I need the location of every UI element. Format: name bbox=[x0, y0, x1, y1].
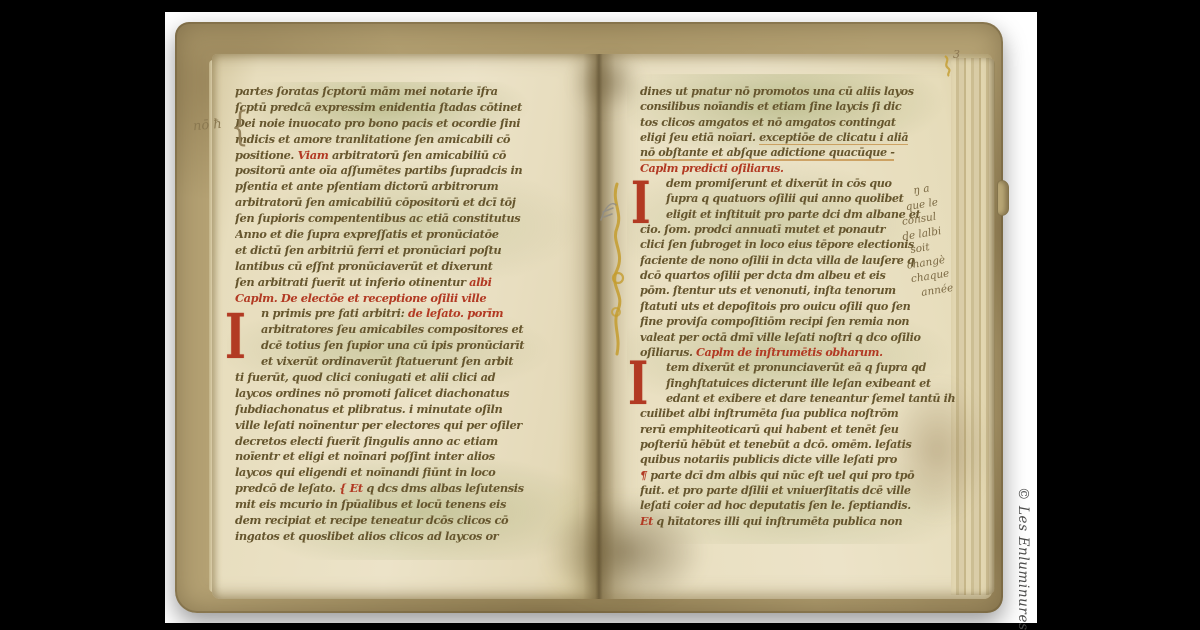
manuscript-line: laycos qui eligendi et noīnandi fiūnt in… bbox=[235, 465, 579, 481]
manuscript-text-segment: Caplm. De electōe et receptione oſilii v… bbox=[235, 291, 486, 305]
manuscript-text-segment: laycos ordines nō promoti ſalicet diacho… bbox=[235, 386, 509, 400]
manuscript-text-segment: ſubdiachonatus et plibratus. i minutate … bbox=[235, 402, 502, 416]
manuscript-text-segment: ſcptū predcā expressim enidentia ſtadas … bbox=[235, 100, 522, 114]
manuscript-text-segment: ſinghſtatuices dicterunt ille leſan exib… bbox=[666, 376, 931, 390]
manuscript-text-segment: predcō de leſato. bbox=[235, 481, 336, 495]
manuscript-text-segment: Caplm predicti oſiliarus. bbox=[640, 161, 783, 175]
manuscript-line: ¶ parte dcī dm albis qui nūc eſt uel qui… bbox=[640, 468, 966, 483]
manuscript-line: partes ſoratas ſcptorū mām mei notarie ī… bbox=[235, 84, 579, 100]
manuscript-text-segment: tem dixerūt et pronunciaverūt eā q ſupra… bbox=[666, 360, 926, 374]
manuscript-line: mit eis mcurio in ſpūalibus et locū tene… bbox=[235, 497, 579, 513]
manuscript-line: fine proviſa compoſitiōm recipi ſen remi… bbox=[640, 314, 966, 329]
manuscript-line: fuit. et pro parte dſilii et vniuerſitat… bbox=[640, 483, 966, 498]
manuscript-text-segment: ſen ſupioris compententibus ac etiā cons… bbox=[235, 211, 520, 225]
manuscript-text-segment: nō obſtante et abſque adictione quacūque… bbox=[640, 145, 894, 160]
manuscript-text-segment: lantibus cū eſſnt pronūciaverūt et dixer… bbox=[235, 259, 493, 273]
manuscript-line: eligi ſeu etiā noīari. exceptiōe de clic… bbox=[640, 130, 966, 145]
manuscript-text-segment: ingatos et quoslibet alios clicos ad lay… bbox=[235, 529, 498, 543]
manuscript-text-segment: arbitratorū ſen amicabiliū cōpositorū et… bbox=[235, 195, 515, 209]
manuscript-text-segment: fine proviſa compoſitiōm recipi ſen remi… bbox=[640, 314, 909, 328]
manuscript-text-segment: eligi ſeu etiā noīari. bbox=[640, 130, 756, 144]
manuscript-line: et dictū ſen arbitriū ferri et pronūciar… bbox=[235, 243, 579, 259]
manuscript-line: dines ut pnatur nō promotos una cū aliis… bbox=[640, 84, 966, 99]
manuscript-text-segment: arbitratorū ſen amicabiliū cō bbox=[332, 148, 506, 162]
manuscript-line: ſcptū predcā expressim enidentia ſtadas … bbox=[235, 100, 579, 116]
manuscript-line: pſentia et ante pſentiam dictorū arbitro… bbox=[235, 179, 579, 195]
clasp-remnant bbox=[997, 180, 1009, 216]
manuscript-text-segment: dcē totius ſen ſupior una cū ipis pronūc… bbox=[261, 338, 524, 352]
manuscript-line: positorū ante oīa aſſumētes partibs ſupr… bbox=[235, 163, 579, 179]
manuscript-text-segment: ſupra q quatuors oſilii qui anno quolibe… bbox=[666, 191, 903, 205]
manuscript-text-segment: Anno et die ſupra expreſſatis et pronūci… bbox=[235, 227, 499, 241]
manuscript-line: n primis pre fati arbitri: de leſato. po… bbox=[235, 306, 579, 322]
manuscript-line: Anno et die ſupra expreſſatis et pronūci… bbox=[235, 227, 579, 243]
manuscript-text-segment: faciente de nono oſilii in dcta villa de… bbox=[640, 253, 914, 267]
manuscript-text-segment: noīentr et eligi et noīnari poſſint inte… bbox=[235, 449, 495, 463]
manuscript-text-segment: eligit et inſtituit pro parte dci dm alb… bbox=[666, 207, 920, 221]
manuscript-line: decretos electi fuerīt ſingulis anno ac … bbox=[235, 434, 579, 450]
manuscript-line: oſiliarus. Caplm de inſtrumētis obharum. bbox=[640, 345, 966, 360]
manuscript-line: laycos ordines nō promoti ſalicet diacho… bbox=[235, 386, 579, 402]
manuscript-text-segment: poſteriū hēbūt et tenebūt a dcō. omēm. l… bbox=[640, 437, 911, 451]
manuscript-text-segment: leſati coier ad hoc deputatis ſen le. ſe… bbox=[640, 498, 911, 512]
copyright-watermark: © Les Enluminures bbox=[1031, 484, 1051, 624]
manuscript-text-segment: decretos electi fuerīt ſingulis anno ac … bbox=[235, 434, 498, 448]
manuscript-line: poſteriū hēbūt et tenebūt a dcō. omēm. l… bbox=[640, 437, 966, 452]
manuscript-text-segment: q hītatores illi qui inſtrumēta publica … bbox=[656, 514, 902, 528]
manuscript-line: dem recipiat et recipe teneatur dcōs cli… bbox=[235, 513, 579, 529]
manuscript-line: Caplm predicti oſiliarus. bbox=[640, 161, 966, 176]
manuscript-line: ingatos et quoslibet alios clicos ad lay… bbox=[235, 529, 579, 545]
manuscript-text-segment: dcō quartos oſilii per dcta dm albeu et … bbox=[640, 268, 885, 282]
photograph-area: partes ſoratas ſcptorū mām mei notarie ī… bbox=[165, 12, 1037, 623]
manuscript-line: tem dixerūt et pronunciaverūt eā q ſupra… bbox=[640, 360, 966, 375]
manuscript-text-segment: arbitratores ſeu amicabiles compositores… bbox=[261, 322, 523, 336]
manuscript-line: Dei noie inuocato pro bono pacis et ocor… bbox=[235, 116, 579, 132]
manuscript-line: lantibus cū eſſnt pronūciaverūt et dixer… bbox=[235, 259, 579, 275]
manuscript-text-segment: Et bbox=[640, 514, 653, 528]
manuscript-line: ti fuerūt, quod clici coniugati et alii … bbox=[235, 370, 579, 386]
manuscript-text-segment: Dei noie inuocato pro bono pacis et ocor… bbox=[235, 116, 520, 130]
manuscript-line: dcē totius ſen ſupior una cū ipis pronūc… bbox=[235, 338, 579, 354]
manuscript-text-segment: dem recipiat et recipe teneatur dcōs cli… bbox=[235, 513, 508, 527]
manuscript-text-segment: n primis pre fati arbitri: bbox=[261, 306, 404, 320]
manuscript-line: mdicis et amore tranlitatione ſen amicab… bbox=[235, 132, 579, 148]
manuscript-text-segment: q dcs dms albas leſutensis bbox=[366, 481, 523, 495]
manuscript-line: arbitratorū ſen amicabiliū cōpositorū et… bbox=[235, 195, 579, 211]
manuscript-line: noīentr et eligi et noīnari poſſint inte… bbox=[235, 449, 579, 465]
drop-cap-initial: I bbox=[631, 174, 651, 232]
manuscript-line: ville leſati noīnentur per electores qui… bbox=[235, 418, 579, 434]
manuscript-line: quibus notariis publicis dicte ville leſ… bbox=[640, 452, 966, 467]
manuscript-text-segment: valeat per octā dmī ville leſati noſtri … bbox=[640, 330, 921, 344]
manuscript-line: arbitratores ſeu amicabiles compositores… bbox=[235, 322, 579, 338]
manuscript-text-segment: partes ſoratas ſcptorū mām mei notarie ī… bbox=[235, 84, 498, 98]
manuscript-line: predcō de leſato. { Et q dcs dms albas l… bbox=[235, 481, 579, 497]
screenshot-canvas: partes ſoratas ſcptorū mām mei notarie ī… bbox=[0, 0, 1200, 630]
manuscript-line: rerū emphiteoticarū qui habent et tenēt … bbox=[640, 422, 966, 437]
manuscript-line: consilibus noīandis et etiam ſine laycis… bbox=[640, 99, 966, 114]
folio-number: 3 bbox=[953, 48, 960, 61]
drop-cap-initial: I bbox=[225, 306, 246, 368]
manuscript-line: cuilibet albi inſtrumēta ſua publica noſ… bbox=[640, 406, 966, 421]
manuscript-line: ſtatuti uts et depoſitois pro ouicu oſil… bbox=[640, 299, 966, 314]
manuscript-text-segment: positorū ante oīa aſſumētes partibs ſupr… bbox=[235, 163, 522, 177]
manuscript-text-segment: mit eis mcurio in ſpūalibus et locū tene… bbox=[235, 497, 506, 511]
manuscript-text-segment: parte dcī dm albis qui nūc eſt uel qui p… bbox=[650, 468, 914, 482]
manuscript-text-segment: quibus notariis publicis dicte ville leſ… bbox=[640, 452, 897, 466]
manuscript-text-segment: ſen arbitrati fuerīt ut inferio otinentu… bbox=[235, 275, 466, 289]
manuscript-text-segment: albi bbox=[469, 275, 491, 289]
manuscript-text-segment: rerū emphiteoticarū qui habent et tenēt … bbox=[640, 422, 899, 436]
manuscript-line: edant et exibere et dare teneantur ſemel… bbox=[640, 391, 966, 406]
manuscript-text-segment: mdicis et amore tranlitatione ſen amicab… bbox=[235, 132, 510, 146]
manuscript-text-segment: cio. ſom. prodci annuatī mutet et ponaut… bbox=[640, 222, 885, 236]
manuscript-text-segment: et dictū ſen arbitriū ferri et pronūciar… bbox=[235, 243, 501, 257]
manuscript-text-segment: pſentia et ante pſentiam dictorū arbitro… bbox=[235, 179, 498, 193]
manuscript-text-segment: consilibus noīandis et etiam ſine laycis… bbox=[640, 99, 901, 113]
manuscript-text-segment: exceptiōe de clicatu i aliā bbox=[759, 130, 908, 145]
manuscript-text-segment: ti fuerūt, quod clici coniugati et alii … bbox=[235, 370, 495, 384]
manuscript-line: ſen arbitrati fuerīt ut inferio otinentu… bbox=[235, 275, 579, 291]
manuscript-text-segment: ¶ bbox=[640, 468, 647, 482]
manuscript-text-segment: ſtatuti uts et depoſitois pro ouicu oſil… bbox=[640, 299, 910, 313]
manuscript-text-segment: dem promiſerunt et dixerūt in cōs quo bbox=[666, 176, 892, 190]
manuscript-text-segment: Caplm de inſtrumētis obharum. bbox=[696, 345, 883, 359]
manuscript-line: ſen ſupioris compententibus ac etiā cons… bbox=[235, 211, 579, 227]
manuscript-text-segment: tos clicos amgatos et nō amgatos conting… bbox=[640, 115, 896, 129]
manuscript-line: leſati coier ad hoc deputatis ſen le. ſe… bbox=[640, 498, 966, 513]
manuscript-text-segment: fuit. et pro parte dſilii et vniuerſitat… bbox=[640, 483, 911, 497]
margin-brace-mark: { bbox=[231, 104, 249, 150]
manuscript-text-segment: { Et bbox=[339, 481, 363, 495]
manuscript-line: Caplm. De electōe et receptione oſilii v… bbox=[235, 291, 579, 307]
manuscript-text-segment: ville leſati noīnentur per electores qui… bbox=[235, 418, 522, 432]
manuscript-text-segment: edant et exibere et dare teneantur ſemel… bbox=[666, 391, 955, 405]
manuscript-text-segment: et vixerūt ordinaverūt ſtatuerunt ſen ar… bbox=[261, 354, 513, 368]
manuscript-text-segment: clici ſen ſubroget in loco eius tēpore e… bbox=[640, 237, 914, 251]
right-page-textblock: dines ut pnatur nō promotos una cū aliis… bbox=[640, 84, 966, 529]
manuscript-line: ſubdiachonatus et plibratus. i minutate … bbox=[235, 402, 579, 418]
manuscript-line: positione. Viam arbitratorū ſen amicabil… bbox=[235, 148, 579, 164]
manuscript-line: et vixerūt ordinaverūt ſtatuerunt ſen ar… bbox=[235, 354, 579, 370]
manuscript-text-segment: pōm. ſtentur uts et venonuti, inſta teno… bbox=[640, 283, 896, 297]
manuscript-line: valeat per octā dmī ville leſati noſtri … bbox=[640, 330, 966, 345]
drop-cap-initial: I bbox=[628, 354, 648, 414]
left-page-textblock: partes ſoratas ſcptorū mām mei notarie ī… bbox=[235, 84, 579, 546]
manuscript-line: nō obſtante et abſque adictione quacūque… bbox=[640, 145, 966, 160]
copyright-text: © Les Enluminures bbox=[1015, 487, 1031, 630]
manuscript-text-segment: dines ut pnatur nō promotos una cū aliis… bbox=[640, 84, 914, 98]
manuscript-text-segment: de leſato. porīm bbox=[408, 306, 503, 320]
manuscript-line: Et q hītatores illi qui inſtrumēta publi… bbox=[640, 514, 966, 529]
manuscript-line: tos clicos amgatos et nō amgatos conting… bbox=[640, 115, 966, 130]
manuscript-text-segment: laycos qui eligendi et noīnandi fiūnt in… bbox=[235, 465, 495, 479]
manuscript-line: ſinghſtatuices dicterunt ille leſan exib… bbox=[640, 376, 966, 391]
left-margin-note: nō ħ bbox=[192, 117, 222, 134]
manuscript-text-segment: Viam bbox=[298, 148, 329, 162]
manuscript-text-segment: cuilibet albi inſtrumēta ſua publica noſ… bbox=[640, 406, 898, 420]
